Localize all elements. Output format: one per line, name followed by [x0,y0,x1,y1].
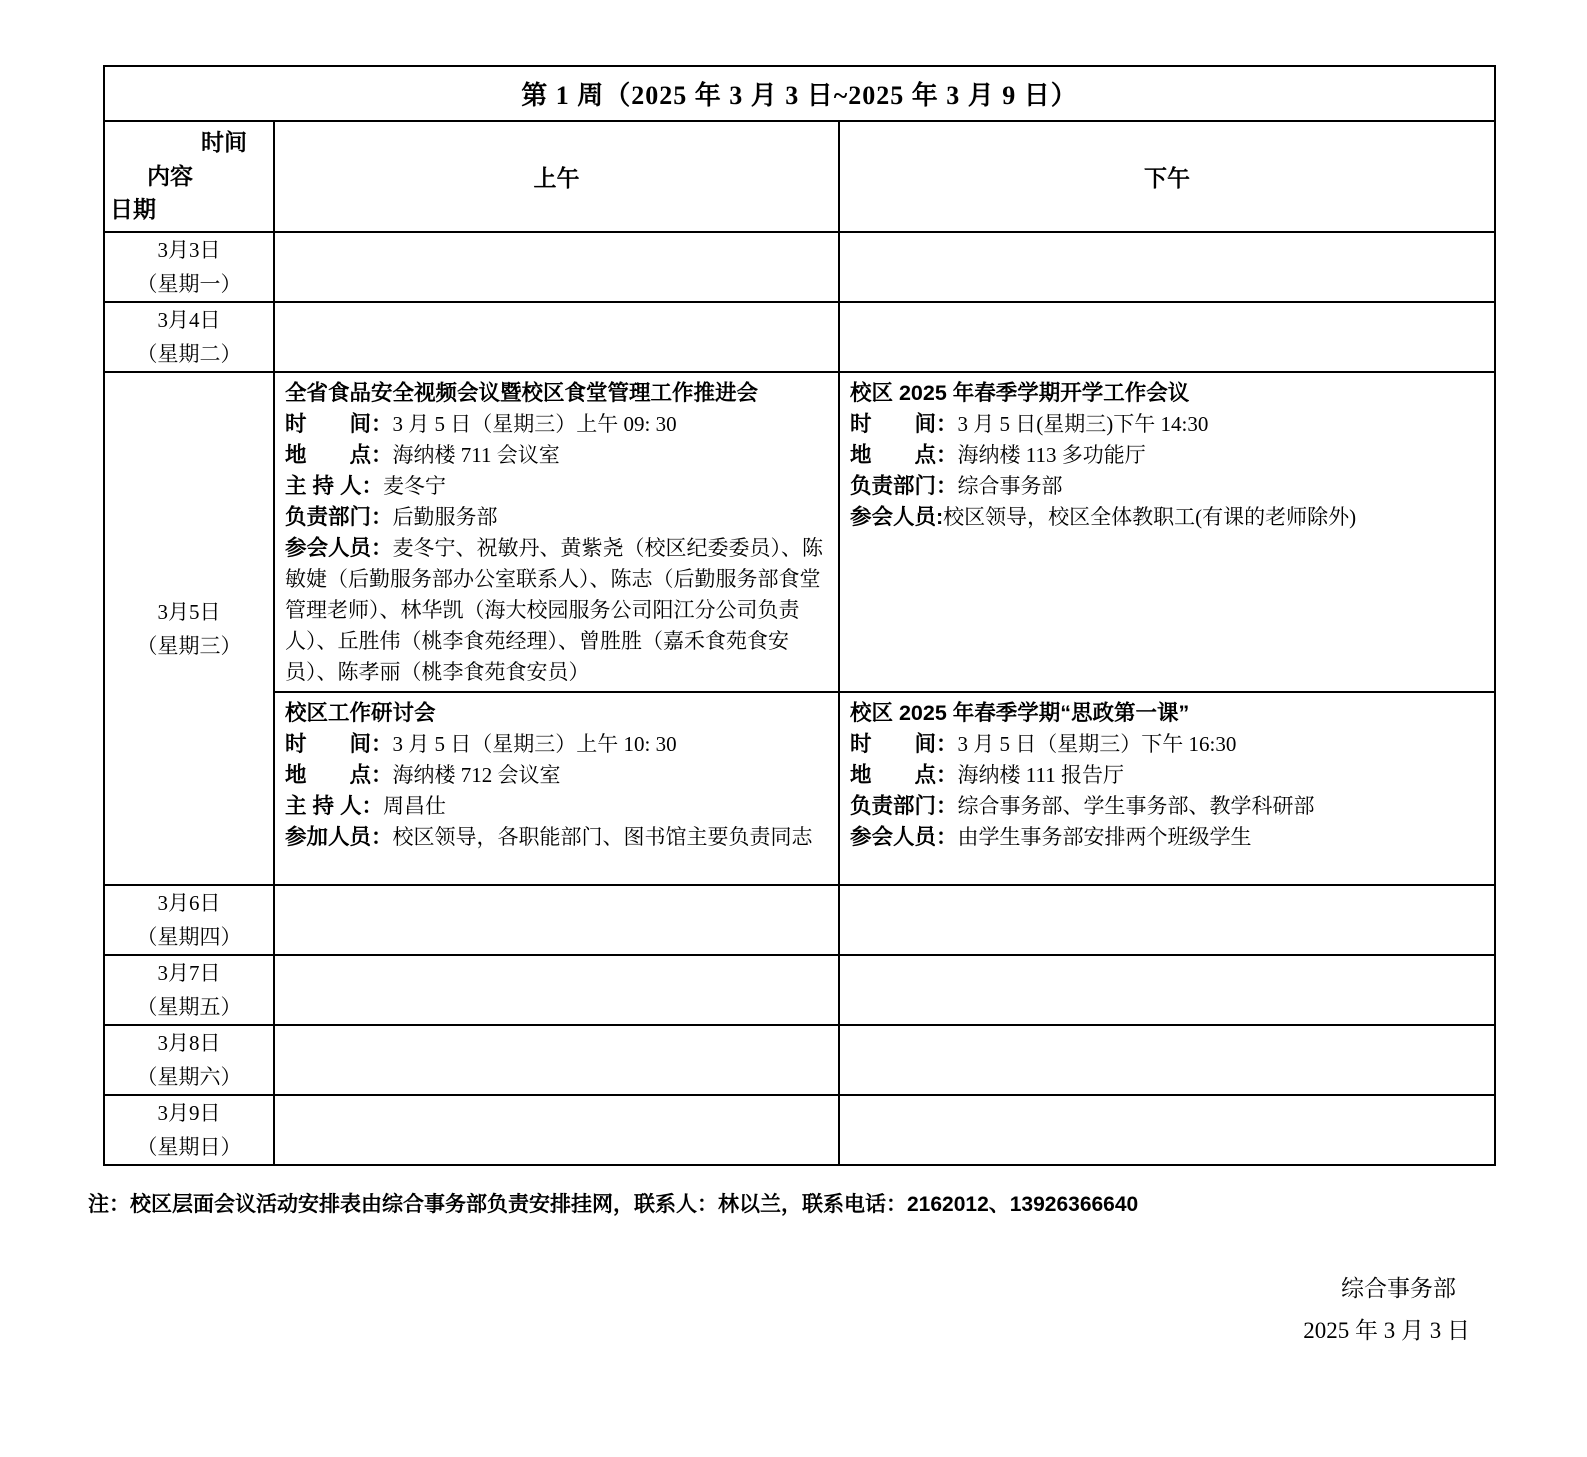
column-header-morning: 上午 [274,121,839,232]
meeting-title: 全省食品安全视频会议暨校区食堂管理工作推进会 [285,378,830,409]
corner-header: 时间 内容 日期 [105,123,273,230]
signature-date: 2025 年 3 月 3 日 [0,1310,1470,1352]
field-value: 海纳楼 712 会议室 [393,763,561,787]
afternoon-cell-march-3-empty [839,232,1495,302]
date-cell-march-3: 3月3日 （星期一） [104,232,274,302]
meeting-place-field: 地 点：海纳楼 712 会议室 [285,760,830,791]
meeting-title: 校区 2025 年春季学期开学工作会议 [850,378,1486,409]
field-label: 时 间： [285,732,393,756]
meeting-attendees-field: 参会人员：麦冬宁、祝敏丹、黄紫尧（校区纪委委员）、陈敏婕（后勤服务部办公室联系人… [285,533,830,688]
morning-cell-march-4-empty [274,302,839,372]
field-value: 校区领导，校区全体教职工(有课的老师除外) [943,505,1356,529]
meeting-attendees-field: 参会人员:校区领导，校区全体教职工(有课的老师除外) [850,502,1486,533]
afternoon-cell-march-7-empty [839,955,1495,1025]
weekday-text: （星期六） [105,1060,273,1094]
weekly-meeting-schedule-table: 第 1 周（2025 年 3 月 3 日~2025 年 3 月 9 日） 时间 … [103,65,1496,1166]
weekday-text: （星期日） [105,1130,273,1164]
meeting-department-field: 负责部门：综合事务部、学生事务部、教学科研部 [850,791,1486,822]
field-value: 综合事务部、学生事务部、教学科研部 [958,794,1315,818]
field-label: 主 持 人： [285,794,383,818]
field-label: 地 点： [285,763,393,787]
date-text: 3月5日 [105,595,273,629]
afternoon-cell-march-9-empty [839,1095,1495,1165]
date-text: 3月3日 [105,233,273,267]
field-label: 时 间： [285,412,393,436]
meeting-title: 校区 2025 年春季学期“思政第一课” [850,698,1486,729]
date-cell-march-8: 3月8日 （星期六） [104,1025,274,1095]
column-header-afternoon: 下午 [839,121,1495,232]
weekday-text: （星期四） [105,920,273,954]
field-value: 3 月 5 日（星期三）下午 16:30 [958,732,1237,756]
field-label: 地 点： [285,443,393,467]
meeting-title: 校区工作研讨会 [285,698,830,729]
field-value: 海纳楼 113 多功能厅 [958,443,1146,467]
meeting-place-field: 地 点：海纳楼 111 报告厅 [850,760,1486,791]
afternoon-cell-march-4-empty [839,302,1495,372]
row-march-5-second: 校区工作研讨会 时 间：3 月 5 日（星期三）上午 10: 30 地 点：海纳… [104,692,1495,885]
meeting-time-field: 时 间：3 月 5 日（星期三）下午 16:30 [850,729,1486,760]
field-label: 参会人员： [285,536,393,560]
row-march-3: 3月3日 （星期一） [104,232,1495,302]
field-value: 综合事务部 [958,474,1063,498]
meeting-department-field: 负责部门：后勤服务部 [285,502,830,533]
field-value: 海纳楼 711 会议室 [393,443,560,467]
corner-label-time: 时间 [201,127,273,157]
field-label: 负责部门： [285,505,393,529]
corner-header-cell: 时间 内容 日期 [104,121,274,232]
field-value: 3 月 5 日（星期三）上午 09: 30 [393,412,677,436]
date-cell-march-4: 3月4日 （星期二） [104,302,274,372]
meeting-place-field: 地 点：海纳楼 711 会议室 [285,440,830,471]
meeting-host-field: 主 持 人：麦冬宁 [285,471,830,502]
afternoon-cell-march-6-empty [839,885,1495,955]
corner-label-date: 日期 [105,194,156,224]
meeting-time-field: 时 间：3 月 5 日（星期三）上午 10: 30 [285,729,830,760]
field-label: 参会人员： [850,825,958,849]
row-march-6: 3月6日 （星期四） [104,885,1495,955]
weekday-text: （星期五） [105,990,273,1024]
row-march-7: 3月7日 （星期五） [104,955,1495,1025]
field-label: 负责部门： [850,794,958,818]
meeting-cell-food-safety: 全省食品安全视频会议暨校区食堂管理工作推进会 时 间：3 月 5 日（星期三）上… [274,372,839,692]
field-value: 3 月 5 日（星期三）上午 10: 30 [393,732,677,756]
meeting-attendees-field: 参会人员：由学生事务部安排两个班级学生 [850,822,1486,853]
meeting-host-field: 主 持 人：周昌仕 [285,791,830,822]
field-label: 主 持 人： [285,474,383,498]
meeting-cell-opening-work: 校区 2025 年春季学期开学工作会议 时 间：3 月 5 日(星期三)下午 1… [839,372,1495,692]
weekday-text: （星期一） [105,267,273,301]
week-title: 第 1 周（2025 年 3 月 3 日~2025 年 3 月 9 日） [104,66,1495,121]
field-label: 地 点： [850,763,958,787]
field-value: 校区领导，各职能部门、图书馆主要负责同志 [393,825,813,849]
header-row: 时间 内容 日期 上午 下午 [104,121,1495,232]
field-label: 负责部门： [850,474,958,498]
date-text: 3月7日 [105,956,273,990]
field-value: 麦冬宁 [383,474,446,498]
weekday-text: （星期二） [105,337,273,371]
field-label: 参加人员： [285,825,393,849]
field-label: 时 间： [850,732,958,756]
meeting-cell-work-seminar: 校区工作研讨会 时 间：3 月 5 日（星期三）上午 10: 30 地 点：海纳… [274,692,839,885]
date-cell-march-6: 3月6日 （星期四） [104,885,274,955]
meeting-attendees-field: 参加人员：校区领导，各职能部门、图书馆主要负责同志 [285,822,830,853]
afternoon-cell-march-8-empty [839,1025,1495,1095]
meeting-cell-first-ideology-class: 校区 2025 年春季学期“思政第一课” 时 间：3 月 5 日（星期三）下午 … [839,692,1495,885]
meeting-place-field: 地 点：海纳楼 113 多功能厅 [850,440,1486,471]
footer-note: 注：校区层面会议活动安排表由综合事务部负责安排挂网，联系人：林以兰，联系电话：2… [88,1188,1587,1218]
field-label: 参会人员: [850,505,943,529]
corner-label-content: 内容 [105,161,193,191]
meeting-time-field: 时 间：3 月 5 日(星期三)下午 14:30 [850,409,1486,440]
meeting-department-field: 负责部门：综合事务部 [850,471,1486,502]
date-text: 3月9日 [105,1096,273,1130]
field-value: 由学生事务部安排两个班级学生 [958,825,1252,849]
row-march-5-first: 3月5日 （星期三） 全省食品安全视频会议暨校区食堂管理工作推进会 时 间：3 … [104,372,1495,692]
meeting-time-field: 时 间：3 月 5 日（星期三）上午 09: 30 [285,409,830,440]
table-title-row: 第 1 周（2025 年 3 月 3 日~2025 年 3 月 9 日） [104,66,1495,121]
morning-cell-march-8-empty [274,1025,839,1095]
date-text: 3月4日 [105,303,273,337]
date-text: 3月8日 [105,1026,273,1060]
morning-cell-march-9-empty [274,1095,839,1165]
signature-department: 综合事务部 [0,1268,1470,1310]
date-cell-march-7: 3月7日 （星期五） [104,955,274,1025]
signature-block: 综合事务部 2025 年 3 月 3 日 [0,1268,1470,1352]
date-cell-march-5: 3月5日 （星期三） [104,372,274,885]
date-text: 3月6日 [105,886,273,920]
field-label: 地 点： [850,443,958,467]
weekday-text: （星期三） [105,629,273,663]
morning-cell-march-6-empty [274,885,839,955]
row-march-4: 3月4日 （星期二） [104,302,1495,372]
field-value: 后勤服务部 [393,505,498,529]
morning-cell-march-7-empty [274,955,839,1025]
field-value: 周昌仕 [383,794,446,818]
row-march-9: 3月9日 （星期日） [104,1095,1495,1165]
morning-cell-march-3-empty [274,232,839,302]
field-value: 海纳楼 111 报告厅 [958,763,1124,787]
field-label: 时 间： [850,412,958,436]
date-cell-march-9: 3月9日 （星期日） [104,1095,274,1165]
row-march-8: 3月8日 （星期六） [104,1025,1495,1095]
field-value: 3 月 5 日(星期三)下午 14:30 [958,412,1209,436]
